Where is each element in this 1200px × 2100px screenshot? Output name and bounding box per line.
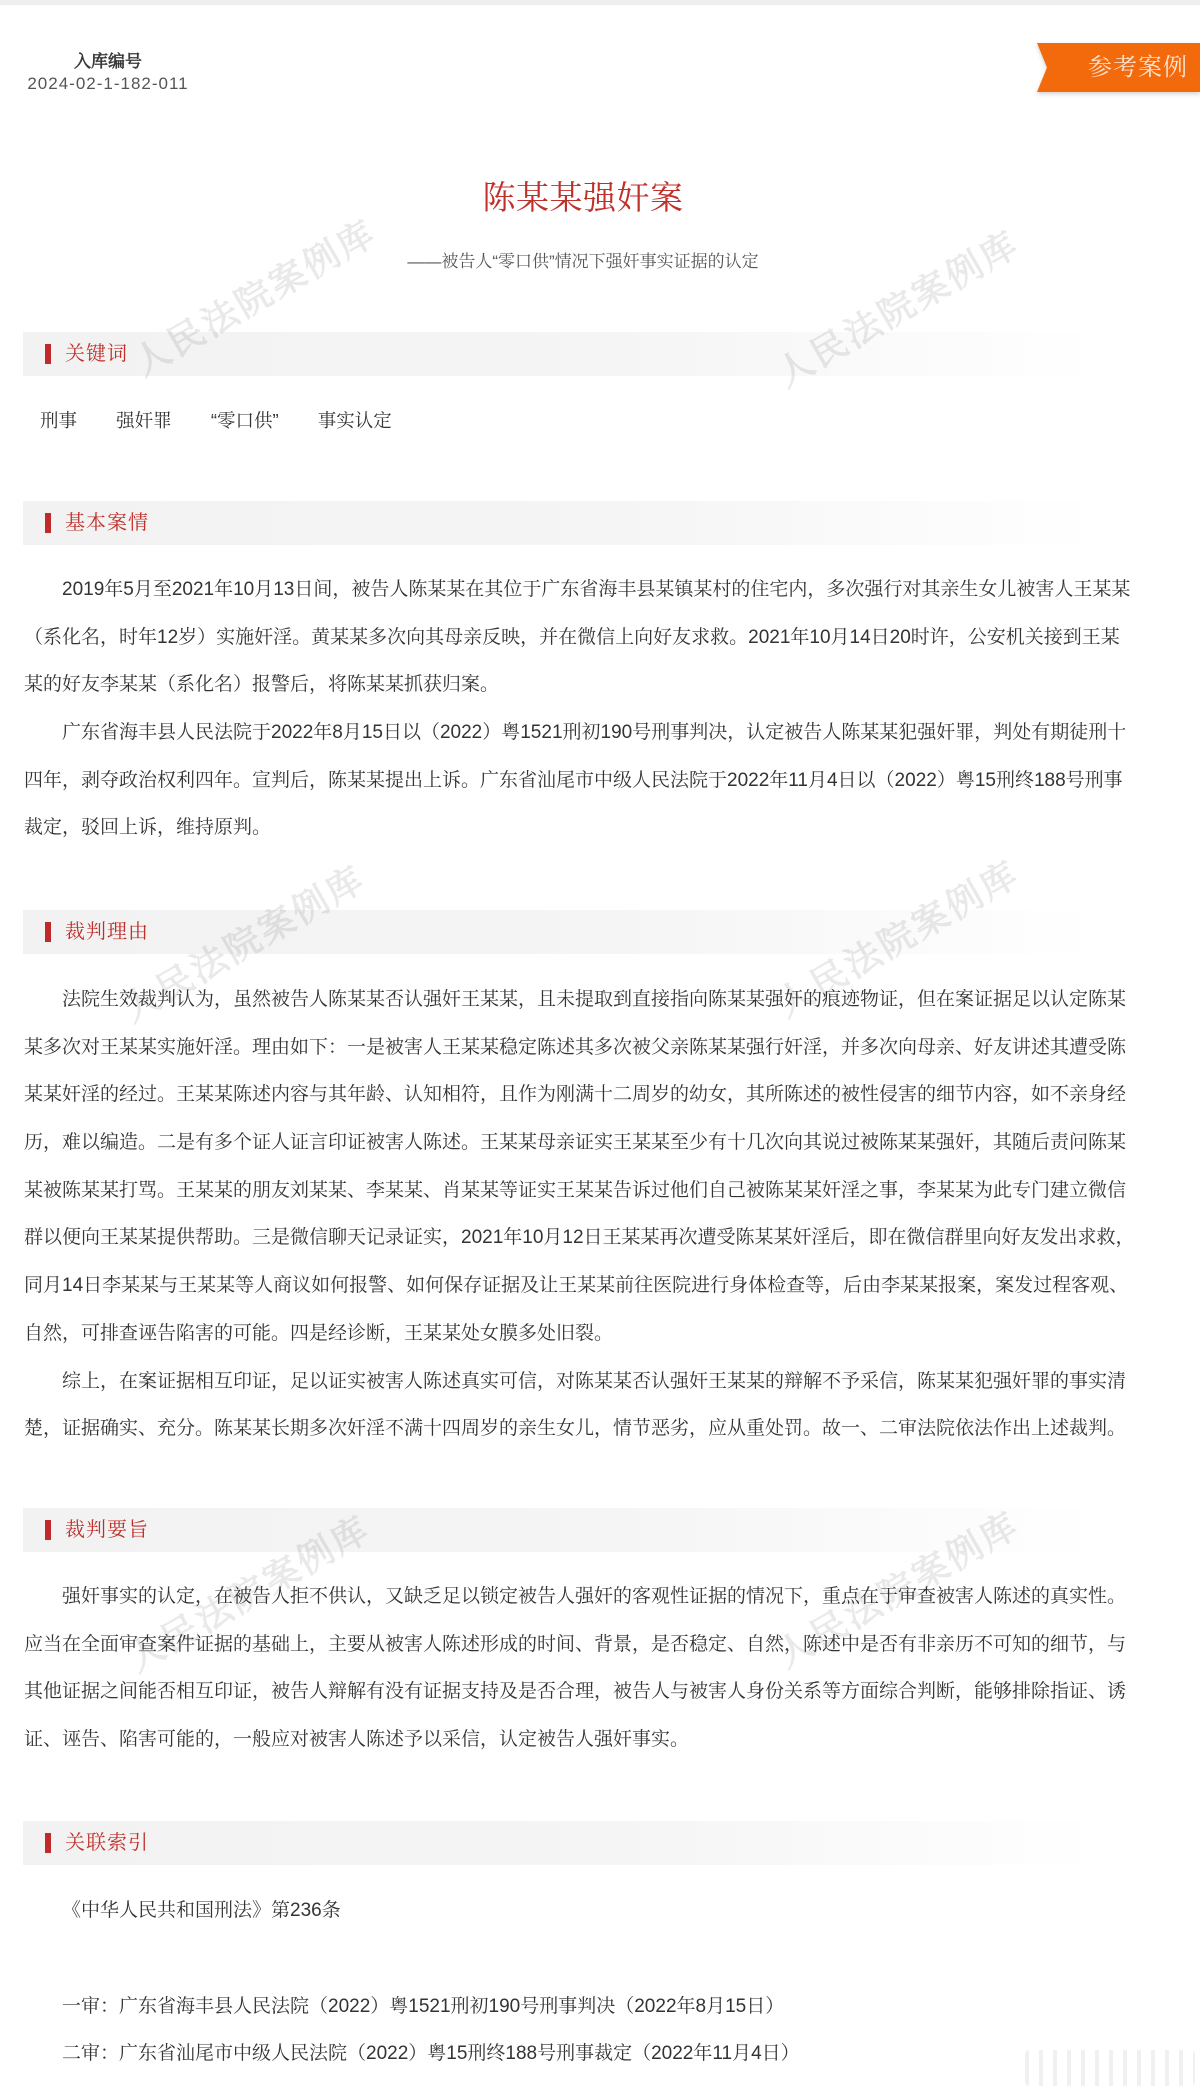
paragraph-line: 历，难以编造。二是有多个证人证言印证被害人陈述。王某某母亲证实王某某至少有十几次… — [24, 1119, 1164, 1167]
paragraph-line: 裁定，驳回上诉，维持原判。 — [24, 804, 1164, 852]
paragraph-line: 某被陈某某打骂。王某某的朋友刘某某、李某某、肖某某等证实王某某告诉过他们自己被陈… — [24, 1167, 1164, 1215]
basic-facts-body: 2019年5月至2021年10月13日间，被告人陈某某在其位于广东省海丰县某镇某… — [24, 566, 1164, 852]
paragraph-line: 四年，剥夺政治权利四年。宣判后，陈某某提出上诉。广东省汕尾市中级人民法院于202… — [24, 757, 1164, 805]
paragraph-line: 广东省海丰县人民法院于2022年8月15日以（2022）粤1521刑初190号刑… — [24, 709, 1164, 757]
section-title: 裁判要旨 — [65, 1508, 149, 1552]
section-title: 关联索引 — [65, 1821, 149, 1865]
page-subtitle: ——被告人“零口供”情况下强奸事实证据的认定 — [0, 250, 1166, 274]
section-header-reasoning: 裁判理由 — [23, 910, 1103, 954]
section-header-basic-facts: 基本案情 — [23, 501, 1103, 545]
paragraph-line: 证、诬告、陷害可能的，一般应对被害人陈述予以采信，认定被告人强奸事实。 — [24, 1716, 1164, 1764]
keyword-list: 刑事 强奸罪 “零口供” 事实认定 — [40, 397, 426, 445]
paragraph-line: （系化名，时年12岁）实施奸淫。黄某某多次向其母亲反映，并在微信上向好友求救。2… — [24, 614, 1164, 662]
badge-label: 参考案例 — [1088, 54, 1188, 81]
archive-info: 入库编号 2024-02-1-182-011 — [24, 51, 192, 95]
paragraph-line: 应当在全面审查案件证据的基础上，主要从被害人陈述形成的时间、背景，是否稳定、自然… — [24, 1621, 1164, 1669]
section-marker-icon — [45, 513, 51, 533]
paragraph-line: 同月14日李某某与王某某等人商议如何报警、如何保存证据及让王某某前往医院进行身体… — [24, 1262, 1164, 1310]
section-title: 基本案情 — [65, 501, 149, 545]
paragraph-line: 群以便向王某某提供帮助。三是微信聊天记录证实，2021年10月12日王某某再次遭… — [24, 1214, 1164, 1262]
keyword-tag: 强奸罪 — [116, 397, 172, 445]
section-title: 关键词 — [65, 332, 128, 376]
gist-body: 强奸事实的认定，在被告人拒不供认，又缺乏足以锁定被告人强奸的客观性证据的情况下，… — [24, 1573, 1164, 1764]
keyword-tag: 事实认定 — [318, 397, 392, 445]
paragraph-line: 某的好友李某某（系化名）报警后，将陈某某抓获归案。 — [24, 661, 1164, 709]
ribbon-badge-icon: 参考案例 — [1034, 43, 1200, 92]
paragraph-line: 综上，在案证据相互印证，足以证实被害人陈述真实可信，对陈某某否认强奸王某某的辩解… — [24, 1358, 1164, 1406]
case-page: 入库编号 2024-02-1-182-011 参考案例 陈某某强奸案 ——被告人… — [0, 0, 1200, 2100]
section-title: 裁判理由 — [65, 910, 149, 954]
paragraph-line: 某多次对王某某实施奸淫。理由如下：一是被害人王某某稳定陈述其多次被父亲陈某某强行… — [24, 1024, 1164, 1072]
paragraph-line: 强奸事实的认定，在被告人拒不供认，又缺乏足以锁定被告人强奸的客观性证据的情况下，… — [24, 1573, 1164, 1621]
section-marker-icon — [45, 922, 51, 942]
section-header-gist: 裁判要旨 — [23, 1508, 1103, 1552]
top-strip — [0, 0, 1200, 5]
paragraph-line: 楚，证据确实、充分。陈某某长期多次奸淫不满十四周岁的亲生女儿，情节恶劣，应从重处… — [24, 1405, 1164, 1453]
paragraph-line: 法院生效裁判认为，虽然被告人陈某某否认强奸王某某，且未提取到直接指向陈某某强奸的… — [24, 976, 1164, 1024]
first-instance-ref: 一审：广东省海丰县人民法院（2022）粤1521刑初190号刑事判决（2022年… — [24, 1983, 784, 2030]
related-law: 《中华人民共和国刑法》第236条 — [24, 1887, 341, 1934]
paragraph-line: 2019年5月至2021年10月13日间，被告人陈某某在其位于广东省海丰县某镇某… — [24, 566, 1164, 614]
paragraph: 强奸事实的认定，在被告人拒不供认，又缺乏足以锁定被告人强奸的客观性证据的情况下，… — [24, 1573, 1164, 1764]
paragraph: 广东省海丰县人民法院于2022年8月15日以（2022）粤1521刑初190号刑… — [24, 709, 1164, 852]
paragraph-line: 某某奸淫的经过。王某某陈述内容与其年龄、认知相符，且作为刚满十二周岁的幼女，其所… — [24, 1071, 1164, 1119]
paragraph: 综上，在案证据相互印证，足以证实被害人陈述真实可信，对陈某某否认强奸王某某的辩解… — [24, 1358, 1164, 1453]
section-header-references: 关联索引 — [23, 1821, 1103, 1865]
section-header-keywords: 关键词 — [23, 332, 1103, 376]
paragraph-line: 其他证据之间能否相互印证，被告人辩解有没有证据支持及是否合理，被告人与被害人身份… — [24, 1668, 1164, 1716]
section-marker-icon — [45, 344, 51, 364]
reference-case-badge: 参考案例 — [1034, 43, 1200, 92]
paragraph: 2019年5月至2021年10月13日间，被告人陈某某在其位于广东省海丰县某镇某… — [24, 566, 1164, 709]
archive-label: 入库编号 — [24, 51, 192, 73]
paragraph-line: 自然，可排查诬告陷害的可能。四是经诊断，王某某处女膜多处旧裂。 — [24, 1310, 1164, 1358]
archive-number: 2024-02-1-182-011 — [24, 73, 192, 95]
platform-watermark-icon — [1025, 2050, 1195, 2086]
section-marker-icon — [45, 1520, 51, 1540]
page-title: 陈某某强奸案 — [0, 178, 1166, 218]
second-instance-ref: 二审：广东省汕尾市中级人民法院（2022）粤15刑终188号刑事裁定（2022年… — [24, 2030, 800, 2077]
keyword-tag: 刑事 — [40, 397, 77, 445]
keyword-tag: “零口供” — [211, 397, 279, 445]
section-marker-icon — [45, 1833, 51, 1853]
paragraph: 法院生效裁判认为，虽然被告人陈某某否认强奸王某某，且未提取到直接指向陈某某强奸的… — [24, 976, 1164, 1358]
reasoning-body: 法院生效裁判认为，虽然被告人陈某某否认强奸王某某，且未提取到直接指向陈某某强奸的… — [24, 976, 1164, 1453]
